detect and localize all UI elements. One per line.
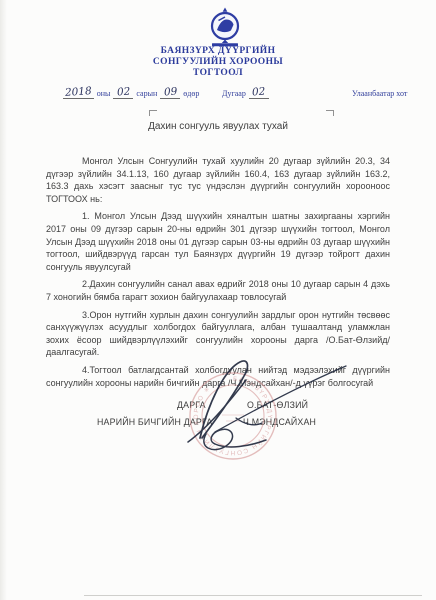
year-blank: 2018: [63, 89, 94, 99]
corner-mark-left: [149, 110, 157, 116]
document-page: БАЯНЗҮРХ ДҮҮРГИЙН СОНГУУЛИЙН ХОРООНЫ ТОГ…: [0, 0, 436, 600]
org-title: БАЯНЗҮРХ ДҮҮРГИЙН СОНГУУЛИЙН ХОРООНЫ ТОГ…: [0, 46, 436, 79]
number-blank: 02: [249, 89, 269, 99]
org-title-line: СОНГУУЛИЙН ХОРООНЫ: [0, 57, 436, 68]
body-item-1: 1. Монгол Улсын Дээд шүүхийн хяналтын ша…: [46, 210, 390, 273]
city-label: Улаанбаатар хот: [352, 89, 407, 98]
year-label: оны: [97, 89, 111, 98]
scan-edge-bottom: [84, 595, 422, 596]
month-label: сарын: [136, 89, 157, 98]
handwritten-day: 09: [163, 88, 177, 98]
body-item-3: 3.Орон нутгийн хурлын дахин сонгуулийн з…: [46, 309, 390, 359]
body-item-2: 2.Дахин сонгуулийн санал авах өдрийг 201…: [46, 278, 390, 303]
number-group: Дугаар 02: [222, 89, 270, 99]
corner-mark-right: [326, 110, 334, 116]
date-group: 2018 оны 02 сарын 09 өдөр: [62, 89, 199, 99]
subject-title: Дахин сонгууль явуулах тухай: [0, 121, 436, 132]
day-blank: 09: [160, 89, 180, 99]
state-emblem-icon: [204, 7, 246, 47]
handwritten-month: 02: [116, 88, 130, 98]
handwritten-year: 2018: [65, 87, 92, 98]
number-label: Дугаар: [222, 89, 246, 98]
day-label: өдөр: [183, 89, 199, 98]
handwritten-number: 02: [252, 88, 266, 98]
intro-paragraph: Монгол Улсын Сонгуулийн тухай хуулийн 20…: [46, 155, 390, 205]
handwritten-signature: [148, 356, 358, 456]
dateline: 2018 оны 02 сарын 09 өдөр Дугаар 02 Улаа…: [0, 87, 436, 103]
org-title-line: БАЯНЗҮРХ ДҮҮРГИЙН: [0, 46, 436, 57]
org-title-line: ТОГТООЛ: [0, 68, 436, 79]
month-blank: 02: [113, 89, 133, 99]
